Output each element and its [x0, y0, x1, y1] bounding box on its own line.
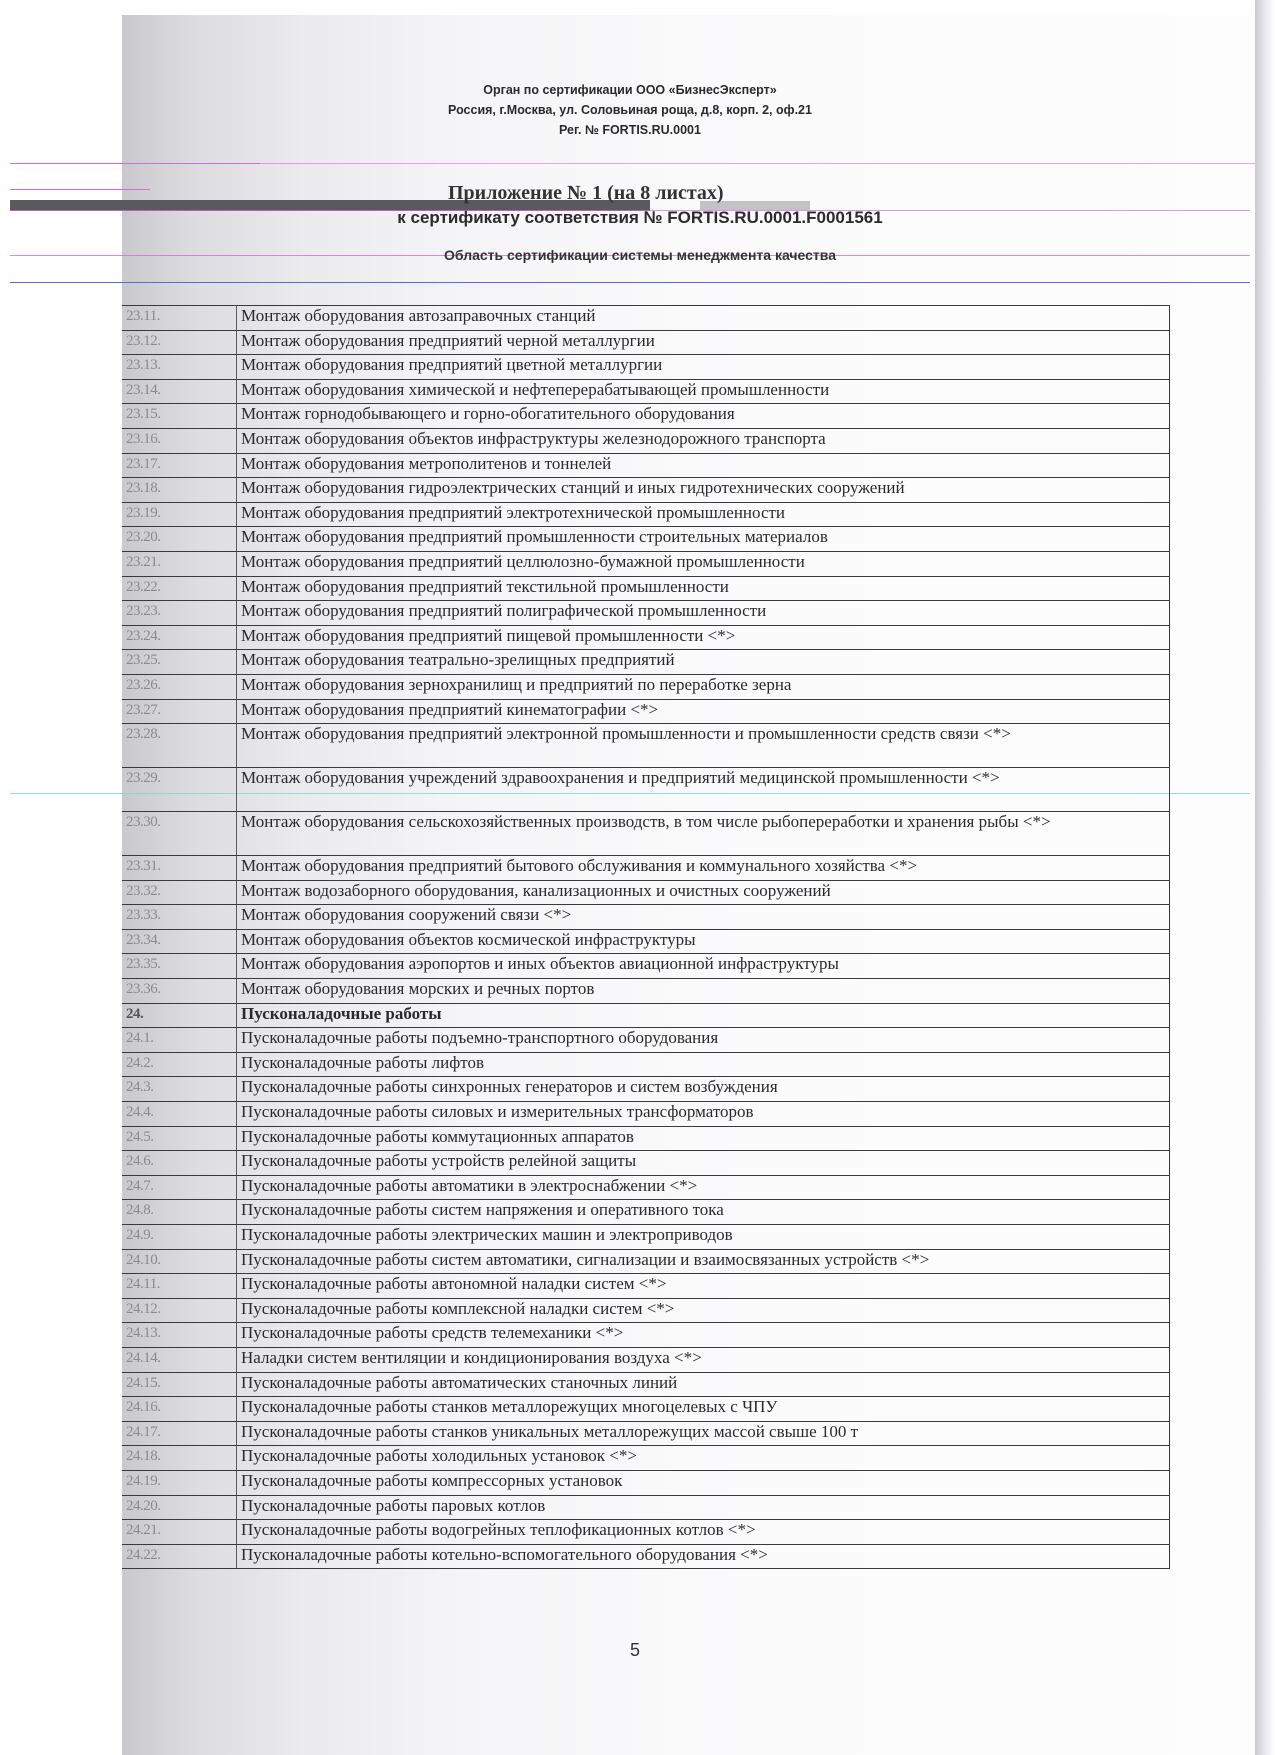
item-description: Монтаж оборудования химической и нефтепе…	[237, 379, 1170, 404]
table-row: 24.11.Пусконаладочные работы автономной …	[122, 1274, 1170, 1299]
table-row: 24.7.Пусконаладочные работы автоматики в…	[122, 1175, 1170, 1200]
item-code: 23.31.	[122, 856, 237, 881]
item-description: Пусконаладочные работы	[237, 1003, 1170, 1028]
item-description: Пусконаладочные работы систем напряжения…	[237, 1200, 1170, 1225]
item-description: Монтаж оборудования морских и речных пор…	[237, 979, 1170, 1004]
item-description: Монтаж оборудования метрополитенов и тон…	[237, 453, 1170, 478]
item-code: 23.30.	[122, 812, 237, 856]
table-row: 23.35.Монтаж оборудования аэропортов и и…	[122, 954, 1170, 979]
table-row: 23.18.Монтаж оборудования гидроэлектриче…	[122, 478, 1170, 503]
table-row: 24.18.Пусконаладочные работы холодильных…	[122, 1446, 1170, 1471]
item-code: 24.22.	[122, 1544, 237, 1569]
item-code: 23.36.	[122, 979, 237, 1004]
item-code: 24.1.	[122, 1028, 237, 1053]
table-row: 23.22.Монтаж оборудования предприятий те…	[122, 576, 1170, 601]
table-row: 23.31.Монтаж оборудования предприятий бы…	[122, 856, 1170, 881]
table-row: 23.32.Монтаж водозаборного оборудования,…	[122, 880, 1170, 905]
org-reg-number: Рег. № FORTIS.RU.0001	[360, 120, 900, 140]
item-description: Монтаж оборудования зернохранилищ и пред…	[237, 674, 1170, 699]
item-description: Пусконаладочные работы подъемно-транспор…	[237, 1028, 1170, 1053]
item-description: Пусконаладочные работы холодильных устан…	[237, 1446, 1170, 1471]
item-code: 23.12.	[122, 330, 237, 355]
table-row: 24.2.Пусконаладочные работы лифтов	[122, 1052, 1170, 1077]
item-code: 24.13.	[122, 1323, 237, 1348]
item-description: Монтаж оборудования предприятий цветной …	[237, 355, 1170, 380]
item-description: Монтаж оборудования предприятий пищевой …	[237, 625, 1170, 650]
table-row: 23.24.Монтаж оборудования предприятий пи…	[122, 625, 1170, 650]
item-code: 23.19.	[122, 502, 237, 527]
item-description: Пусконаладочные работы водогрейных тепло…	[237, 1520, 1170, 1545]
page-number: 5	[620, 1640, 650, 1661]
item-code: 24.4.	[122, 1102, 237, 1127]
scope-title: Область сертификации системы менеджмента…	[300, 247, 980, 263]
item-code: 24.2.	[122, 1052, 237, 1077]
scan-artifact-line	[10, 189, 150, 190]
table-row: 23.34.Монтаж оборудования объектов косми…	[122, 929, 1170, 954]
item-description: Пусконаладочные работы автоматики в элек…	[237, 1175, 1170, 1200]
item-code: 24.18.	[122, 1446, 237, 1471]
item-description: Монтаж горнодобывающего и горно-обогатит…	[237, 404, 1170, 429]
table-row: 24.16.Пусконаладочные работы станков мет…	[122, 1397, 1170, 1422]
table-row: 23.30.Монтаж оборудования сельскохозяйст…	[122, 812, 1170, 856]
item-code: 24.19.	[122, 1470, 237, 1495]
item-code: 24.6.	[122, 1151, 237, 1176]
table-row: 24.12.Пусконаладочные работы комплексной…	[122, 1298, 1170, 1323]
item-description: Пусконаладочные работы станков металлоре…	[237, 1397, 1170, 1422]
item-code: 23.18.	[122, 478, 237, 503]
item-description: Пусконаладочные работы систем автоматики…	[237, 1249, 1170, 1274]
scan-artifact-line	[125, 163, 1255, 164]
table-row: 24.4.Пусконаладочные работы силовых и из…	[122, 1102, 1170, 1127]
table-row: 23.33.Монтаж оборудования сооружений свя…	[122, 905, 1170, 930]
item-code: 23.16.	[122, 428, 237, 453]
item-description: Монтаж водозаборного оборудования, канал…	[237, 880, 1170, 905]
table-row: 24.9.Пусконаладочные работы электрически…	[122, 1225, 1170, 1250]
table-section-row: 24.Пусконаладочные работы	[122, 1003, 1170, 1028]
table-row: 24.6.Пусконаладочные работы устройств ре…	[122, 1151, 1170, 1176]
item-description: Монтаж оборудования сооружений связи <*>	[237, 905, 1170, 930]
item-description: Монтаж оборудования аэропортов и иных об…	[237, 954, 1170, 979]
appendix-title: Приложение № 1 (на 8 листах)	[340, 182, 1048, 205]
table-row: 23.23.Монтаж оборудования предприятий по…	[122, 601, 1170, 626]
item-code: 23.21.	[122, 551, 237, 576]
item-code: 23.35.	[122, 954, 237, 979]
item-code: 24.10.	[122, 1249, 237, 1274]
table-row: 23.16.Монтаж оборудования объектов инфра…	[122, 428, 1170, 453]
item-code: 23.22.	[122, 576, 237, 601]
item-description: Пусконаладочные работы компрессорных уст…	[237, 1470, 1170, 1495]
table-row: 23.20.Монтаж оборудования предприятий пр…	[122, 527, 1170, 552]
table-row: 24.21.Пусконаладочные работы водогрейных…	[122, 1520, 1170, 1545]
item-description: Пусконаладочные работы устройств релейно…	[237, 1151, 1170, 1176]
item-code: 24.9.	[122, 1225, 237, 1250]
item-description: Монтаж оборудования предприятий целлюлоз…	[237, 551, 1170, 576]
table-row: 24.10.Пусконаладочные работы систем авто…	[122, 1249, 1170, 1274]
item-description: Пусконаладочные работы средств телемехан…	[237, 1323, 1170, 1348]
table-row: 24.22.Пусконаладочные работы котельно-вс…	[122, 1544, 1170, 1569]
item-code: 23.14.	[122, 379, 237, 404]
item-code: 24.	[122, 1003, 237, 1028]
item-description: Монтаж оборудования предприятий электрон…	[237, 724, 1170, 768]
table-row: 23.29.Монтаж оборудования учреждений здр…	[122, 768, 1170, 812]
item-code: 23.13.	[122, 355, 237, 380]
item-description: Монтаж оборудования объектов космической…	[237, 929, 1170, 954]
item-code: 23.20.	[122, 527, 237, 552]
item-code: 24.5.	[122, 1126, 237, 1151]
item-code: 23.28.	[122, 724, 237, 768]
table-row: 23.15.Монтаж горнодобывающего и горно-об…	[122, 404, 1170, 429]
item-code: 24.15.	[122, 1372, 237, 1397]
item-code: 24.21.	[122, 1520, 237, 1545]
item-code: 23.25.	[122, 650, 237, 675]
table-row: 24.3.Пусконаладочные работы синхронных г…	[122, 1077, 1170, 1102]
item-code: 24.3.	[122, 1077, 237, 1102]
item-description: Пусконаладочные работы станков уникальны…	[237, 1421, 1170, 1446]
org-name: Орган по сертификации ООО «БизнесЭксперт…	[360, 80, 900, 100]
item-description: Пусконаладочные работы силовых и измерит…	[237, 1102, 1170, 1127]
table-row: 23.26.Монтаж оборудования зернохранилищ …	[122, 674, 1170, 699]
table-row: 23.11.Монтаж оборудования автозаправочны…	[122, 306, 1170, 331]
item-code: 23.15.	[122, 404, 237, 429]
item-description: Пусконаладочные работы автоматических ст…	[237, 1372, 1170, 1397]
item-code: 23.11.	[122, 306, 237, 331]
table-row: 23.19.Монтаж оборудования предприятий эл…	[122, 502, 1170, 527]
item-code: 24.11.	[122, 1274, 237, 1299]
item-description: Монтаж оборудования предприятий черной м…	[237, 330, 1170, 355]
table-row: 24.14.Наладки систем вентиляции и кондиц…	[122, 1347, 1170, 1372]
table-row: 24.19.Пусконаладочные работы компрессорн…	[122, 1470, 1170, 1495]
item-code: 24.17.	[122, 1421, 237, 1446]
item-code: 24.16.	[122, 1397, 237, 1422]
table-row: 23.25.Монтаж оборудования театрально-зре…	[122, 650, 1170, 675]
table-row: 23.12.Монтаж оборудования предприятий че…	[122, 330, 1170, 355]
item-description: Пусконаладочные работы коммутационных ап…	[237, 1126, 1170, 1151]
table-row: 24.8.Пусконаладочные работы систем напря…	[122, 1200, 1170, 1225]
item-code: 24.12.	[122, 1298, 237, 1323]
item-code: 23.23.	[122, 601, 237, 626]
item-code: 23.33.	[122, 905, 237, 930]
table-row: 23.17.Монтаж оборудования метрополитенов…	[122, 453, 1170, 478]
item-code: 24.7.	[122, 1175, 237, 1200]
table-row: 23.21.Монтаж оборудования предприятий це…	[122, 551, 1170, 576]
item-code: 23.34.	[122, 929, 237, 954]
table-row: 23.27.Монтаж оборудования предприятий ки…	[122, 699, 1170, 724]
item-code: 24.8.	[122, 1200, 237, 1225]
item-description: Монтаж оборудования автозаправочных стан…	[237, 306, 1170, 331]
item-description: Монтаж оборудования гидроэлектрических с…	[237, 478, 1170, 503]
scan-edge	[1255, 0, 1275, 1755]
certificate-title: к сертификату соответствия № FORTIS.RU.0…	[300, 208, 980, 228]
item-description: Монтаж оборудования предприятий кинемато…	[237, 699, 1170, 724]
table-row: 24.5.Пусконаладочные работы коммутационн…	[122, 1126, 1170, 1151]
item-description: Пусконаладочные работы синхронных генера…	[237, 1077, 1170, 1102]
item-description: Пусконаладочные работы электрических маш…	[237, 1225, 1170, 1250]
table-row: 24.15.Пусконаладочные работы автоматичес…	[122, 1372, 1170, 1397]
scan-artifact-line	[10, 282, 1250, 283]
item-description: Пусконаладочные работы котельно-вспомога…	[237, 1544, 1170, 1569]
item-description: Пусконаладочные работы автономной наладк…	[237, 1274, 1170, 1299]
item-description: Монтаж оборудования предприятий промышле…	[237, 527, 1170, 552]
item-code: 23.26.	[122, 674, 237, 699]
org-address: Россия, г.Москва, ул. Соловьиная роща, д…	[360, 100, 900, 120]
table-row: 24.13.Пусконаладочные работы средств тел…	[122, 1323, 1170, 1348]
certification-scope-table: 23.11.Монтаж оборудования автозаправочны…	[122, 305, 1170, 1569]
item-description: Монтаж оборудования объектов инфраструкт…	[237, 428, 1170, 453]
item-description: Монтаж оборудования предприятий текстиль…	[237, 576, 1170, 601]
item-description: Монтаж оборудования предприятий электрот…	[237, 502, 1170, 527]
certification-body-header: Орган по сертификации ООО «БизнесЭксперт…	[360, 80, 900, 140]
table-row: 23.36.Монтаж оборудования морских и речн…	[122, 979, 1170, 1004]
item-code: 23.24.	[122, 625, 237, 650]
item-description: Наладки систем вентиляции и кондициониро…	[237, 1347, 1170, 1372]
item-code: 23.32.	[122, 880, 237, 905]
item-code: 24.14.	[122, 1347, 237, 1372]
item-description: Монтаж оборудования сельскохозяйственных…	[237, 812, 1170, 856]
item-description: Пусконаладочные работы комплексной налад…	[237, 1298, 1170, 1323]
table-row: 24.17.Пусконаладочные работы станков уни…	[122, 1421, 1170, 1446]
item-description: Монтаж оборудования предприятий бытового…	[237, 856, 1170, 881]
item-description: Монтаж оборудования театрально-зрелищных…	[237, 650, 1170, 675]
item-description: Монтаж оборудования предприятий полиграф…	[237, 601, 1170, 626]
item-description: Пусконаладочные работы паровых котлов	[237, 1495, 1170, 1520]
table-row: 24.1.Пусконаладочные работы подъемно-тра…	[122, 1028, 1170, 1053]
table-row: 24.20.Пусконаладочные работы паровых кот…	[122, 1495, 1170, 1520]
table-row: 23.14.Монтаж оборудования химической и н…	[122, 379, 1170, 404]
item-description: Пусконаладочные работы лифтов	[237, 1052, 1170, 1077]
item-code: 24.20.	[122, 1495, 237, 1520]
item-code: 23.17.	[122, 453, 237, 478]
item-code: 23.27.	[122, 699, 237, 724]
item-code: 23.29.	[122, 768, 237, 812]
table-row: 23.28.Монтаж оборудования предприятий эл…	[122, 724, 1170, 768]
item-description: Монтаж оборудования учреждений здравоохр…	[237, 768, 1170, 812]
table-row: 23.13.Монтаж оборудования предприятий цв…	[122, 355, 1170, 380]
